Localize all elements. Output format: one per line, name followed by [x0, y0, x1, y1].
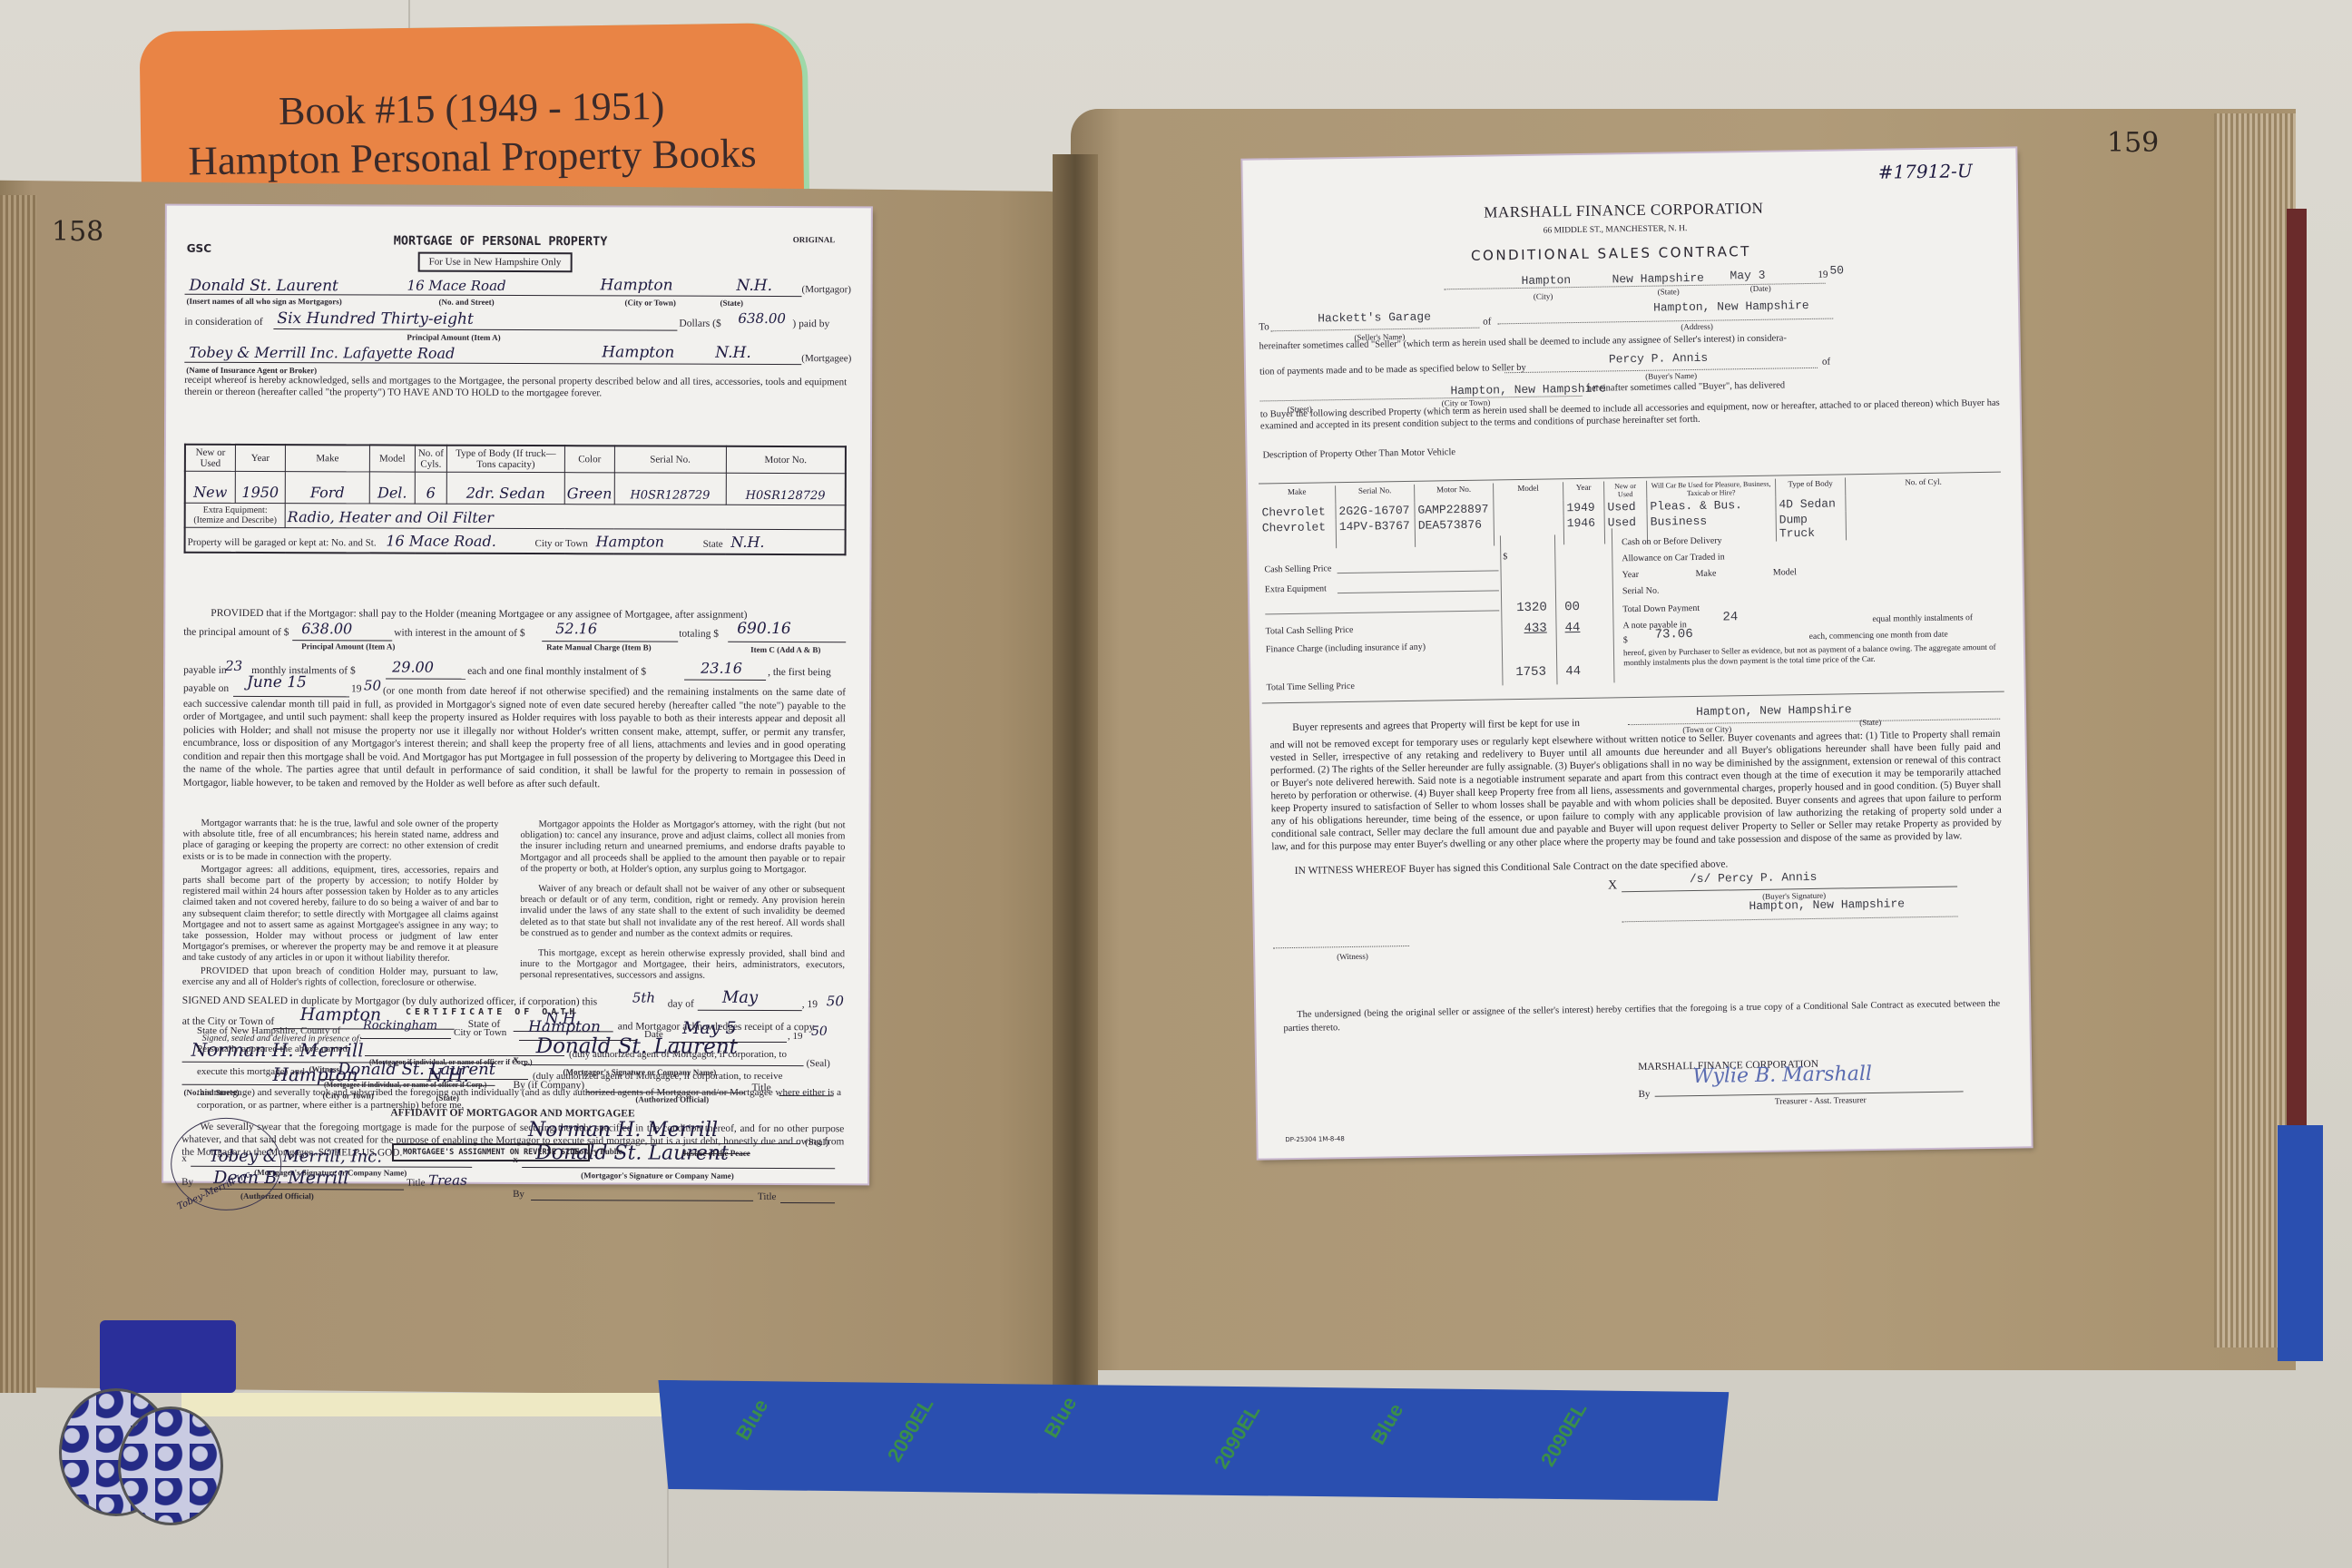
header-motor: Motor No. — [726, 446, 846, 474]
agent-mortgagor-text: (duly authorized agent of Mortgagor, if … — [569, 1049, 787, 1060]
description-label: Description of Property Other Than Motor… — [1262, 447, 1462, 461]
consideration-amount: 638.00 — [738, 310, 786, 327]
total-time-dollars: 1753 — [1515, 665, 1546, 681]
payable-in-label: payable in — [183, 665, 227, 676]
garaged-row: Property will be garaged or kept at: No.… — [185, 527, 846, 554]
amount-words: Six Hundred Thirty-eight — [277, 309, 473, 328]
mortgagee-line — [184, 362, 801, 365]
to-label: To — [1259, 321, 1269, 332]
pricing-block: Cash Selling Price Extra Equipment $ 132… — [1259, 534, 1607, 694]
kept-line — [1628, 719, 2000, 725]
interest-label: with interest in the amount of $ — [394, 628, 524, 640]
buyer-address-line — [1260, 396, 1583, 402]
witness-line — [1273, 946, 1409, 948]
note-suffix: equal monthly instalments of — [1872, 613, 1973, 624]
page-stack-left — [0, 195, 36, 1393]
instalments-count: 23 — [225, 658, 242, 674]
breach-clause: PROVIDED that upon breach of condition H… — [182, 965, 498, 989]
header-cyls: No. of Cyls. — [415, 446, 446, 473]
oath-year: 50 — [811, 1024, 828, 1039]
extra-equipment-row: Extra Equipment: (Itemize and Describe) … — [185, 503, 846, 530]
mortgagor-role-label: (Mortgagor) — [802, 284, 851, 295]
contract-year-prefix: 19 — [1818, 269, 1828, 280]
caption-buyer-name: (Buyer's Name) — [1645, 371, 1697, 381]
monthly-line — [386, 678, 465, 679]
caption-witness: (Witness) — [1337, 952, 1368, 962]
agreement-clause: Mortgagor agrees: all additions, equipme… — [182, 865, 498, 965]
binder-clip — [100, 1320, 236, 1393]
company-address: 66 MIDDLE ST., MANCHESTER, N. H. — [1543, 224, 1688, 235]
mortgagor-street: 16 Mace Road — [407, 278, 506, 294]
monthly-amount: 29.00 — [392, 659, 434, 676]
cash-price-label: Cash Selling Price — [1264, 563, 1331, 574]
mortgagor-state: N.H. — [737, 277, 772, 295]
buyer-sig-x: X — [1608, 878, 1617, 893]
notary-signature: Norman H. Merrill — [528, 1119, 718, 1142]
receipt-text: receipt whereof is hereby acknowledged, … — [184, 375, 847, 401]
contract-title: CONDITIONAL SALES CONTRACT — [1471, 243, 1751, 264]
contract-year: 50 — [1829, 263, 1844, 277]
caption-item-a: Principal Amount (Item A) — [301, 642, 395, 651]
seller-name: Hackett's Garage — [1318, 310, 1431, 326]
of-label: of — [1483, 316, 1491, 327]
oath-city-line — [519, 1040, 637, 1041]
appeared-name: Donald St. Laurent — [338, 1060, 495, 1079]
reverse-side-box: MORTGAGEE'S ASSIGNMENT ON REVERSE SIDE — [392, 1143, 590, 1161]
cell-new-used: New — [185, 471, 236, 503]
caption-item-b: Rate Manual Charge (Item B) — [546, 642, 652, 652]
contract-form-code: DP-25304 1M-8-48 — [1285, 1135, 1345, 1143]
mortgagor-name: Donald St. Laurent — [190, 277, 338, 296]
divider-subtitle: Hampton Personal Property Books — [141, 130, 804, 186]
agent-mortgagee-text: (duly authorized agent of Mortgagee, if … — [533, 1071, 783, 1082]
trade-serial-label: Serial No. — [1622, 586, 1660, 597]
kept-text: Buyer represents and agrees that Propert… — [1292, 718, 1580, 733]
buyer-name: Percy P. Annis — [1609, 351, 1708, 367]
note-amount: 73.06 — [1655, 627, 1693, 642]
subtotal-dollars: 1320 — [1516, 601, 1547, 616]
blue-tape-edge — [2278, 1125, 2323, 1361]
property-text: to Buyer the following described Propert… — [1260, 398, 2000, 433]
attorney-clause: Mortgagor appoints the Holder as Mortgag… — [520, 819, 845, 876]
vehicle-table: New or Used Year Make Model No. of Cyls.… — [184, 444, 847, 556]
buyer-sig-place: Hampton, New Hampshire — [1749, 897, 1905, 913]
warranty-clause: Mortgagor warrants that: he is the true,… — [182, 818, 498, 864]
place-city: Hampton — [1521, 273, 1571, 288]
header-use: Will Car Be Used for Pleasure, Business,… — [1647, 479, 1776, 499]
waiver-clause: Waiver of any breach or default shall no… — [520, 884, 845, 940]
caption-place-state: (State) — [1658, 287, 1680, 296]
row1-motor: GAMP228897 — [1415, 501, 1494, 517]
clip-ornament-disc — [118, 1406, 223, 1525]
header-make: Make — [285, 445, 369, 472]
trade-year-label: Year — [1622, 570, 1640, 580]
mortgagor-city: Hampton — [601, 276, 673, 294]
affidavit-mortgagor-title-line — [780, 1202, 835, 1203]
vehicle-table-header: New or Used Year Make Model No. of Cyls.… — [185, 445, 846, 474]
certificate-of-oath: CERTIFICATE OF OATH State of New Hampshi… — [165, 998, 869, 1184]
fine-print-left: Mortgagor warrants that: he is the true,… — [182, 818, 499, 989]
book-spine — [1053, 154, 1098, 1388]
cell-model: Del. — [369, 472, 415, 504]
header-serial: Serial No. — [1336, 485, 1415, 504]
vehicle-row: New 1950 Ford Del. 6 2dr. Sedan Green H0… — [185, 471, 846, 505]
total-down-label: Total Down Payment — [1622, 603, 1700, 614]
row1-year: 1949 — [1563, 500, 1604, 516]
note-text: hereof, given by Purchaser to Seller as … — [1623, 642, 2004, 668]
row1-new-used: Used — [1604, 499, 1647, 515]
blue-painters-tape: Blue 2090EL Blue 2090EL Blue 2090EL — [658, 1380, 1730, 1501]
copy-label: ORIGINAL — [793, 235, 836, 244]
header-make: Make — [1259, 485, 1336, 505]
form-code: GSC — [187, 242, 211, 255]
conditional-sales-contract: #17912-U MARSHALL FINANCE CORPORATION 66… — [1242, 148, 2031, 1158]
header-year: Year — [235, 445, 285, 472]
mortgagee-role-label: (Mortgagee) — [801, 353, 851, 364]
row1-model — [1494, 500, 1563, 516]
down-payment-block: Cash on or Before Delivery Allowance on … — [1612, 522, 2014, 682]
page-number-right: 159 — [2107, 127, 2159, 159]
terms-body: (or one month from date hereof if not ot… — [183, 684, 846, 792]
header-motor: Motor No. — [1415, 483, 1494, 502]
total-time-cents: 44 — [1565, 664, 1581, 679]
cell-make: Ford — [285, 472, 369, 504]
oath-city-label: City or Town — [454, 1027, 506, 1038]
header-serial: Serial No. — [614, 446, 726, 473]
appeared-name-line — [319, 1079, 528, 1080]
finance-dollars: 433 — [1524, 622, 1546, 636]
buyer-place-line — [1622, 916, 1958, 922]
header-year: Year — [1563, 482, 1604, 501]
currency-symbol: $ — [1503, 552, 1507, 562]
header-model: Model — [369, 445, 415, 472]
caption-state: (State) — [720, 299, 743, 308]
garaged-label: Property will be garaged or kept at: No.… — [188, 536, 377, 548]
witness-whereof: IN WITNESS WHEREOF Buyer has signed this… — [1295, 858, 1729, 877]
garaged-state-label: State — [703, 538, 723, 549]
caption-kept-state: (State) — [1859, 718, 1881, 727]
certify-sig-line — [1655, 1091, 1964, 1096]
appeared-line — [365, 1055, 564, 1056]
appeared-label: Personally appeared the above named — [197, 1044, 348, 1054]
cell-color: Green — [564, 473, 614, 505]
mortgagee-street: Lafayette Road — [343, 344, 455, 361]
notary-seal-label: (Seal) — [805, 1137, 828, 1148]
first-being-label: , the first being — [768, 667, 831, 678]
total-amount: 690.16 — [737, 620, 791, 638]
total-time-label: Total Time Selling Price — [1266, 681, 1355, 693]
final-line — [684, 680, 766, 681]
garaged-street: 16 Mace Road. — [386, 532, 496, 549]
garaged-state: N.H. — [730, 533, 764, 550]
seller-line — [1270, 328, 1479, 332]
oath-date-line — [669, 1042, 787, 1043]
note-count: 24 — [1722, 610, 1738, 624]
caption-city: (City or Town) — [624, 298, 675, 307]
justice-label: Justice of the Peace — [682, 1149, 750, 1158]
note-amount-suffix: each, commencing one month from date — [1809, 631, 1948, 642]
seller-text: hereinafter sometimes called "Seller" (w… — [1259, 333, 1787, 351]
header-body: Type of Body — [1775, 477, 1845, 496]
extra-equipment-label: Extra Equipment: (Itemize and Describe) — [185, 503, 286, 527]
mortgagee-city: Hampton — [602, 343, 674, 361]
dollars-label: Dollars ($ — [679, 318, 720, 329]
binding-clause: This mortgage, except as herein otherwis… — [520, 948, 845, 983]
divider-title: Book #15 (1949 - 1951) — [140, 82, 803, 137]
caption-mortgagor-name: (Insert names of all who sign as Mortgag… — [186, 297, 341, 307]
finance-charge-label: Finance Charge (including insurance if a… — [1266, 642, 1426, 655]
caption-date: (Date) — [1750, 284, 1771, 293]
certificate-title: CERTIFICATE OF OATH — [406, 1007, 578, 1017]
oath-year-prefix: , 19 — [788, 1031, 803, 1042]
terms-text: and will not be removed except for tempo… — [1269, 728, 2002, 854]
total-cash-label: Total Cash Selling Price — [1265, 625, 1353, 637]
seller-address-line — [1497, 318, 1833, 325]
county-label: State of New Hampshire, County of — [197, 1025, 340, 1036]
county-line — [360, 1038, 451, 1039]
garaged-city-label: City or Town — [535, 538, 588, 549]
oath-city: Hampton — [528, 1018, 601, 1036]
contract-date: May 3 — [1730, 269, 1765, 283]
consideration-line — [273, 328, 677, 331]
execute-label: execute this mortgage) and — [197, 1066, 305, 1077]
header-cyl: No. of Cyl. — [1845, 475, 2001, 496]
oath-closing-text: this mortgage) and severally took and su… — [197, 1087, 841, 1112]
cash-before-delivery-label: Cash on or Before Delivery — [1622, 536, 1722, 548]
trade-model-label: Model — [1773, 567, 1797, 577]
header-model: Model — [1494, 482, 1563, 501]
final-amount: 23.16 — [701, 660, 742, 677]
certify-text: The undersigned (being the original sell… — [1283, 997, 2000, 1035]
extra-equipment-value: Radio, Heater and Oil Filter — [285, 504, 846, 530]
oath-date: May 5 — [682, 1018, 737, 1038]
seller-address: Hampton, New Hampshire — [1653, 299, 1809, 315]
county-value: Rockingham — [363, 1019, 437, 1033]
row1-body: 4D Sedan — [1776, 495, 1846, 512]
interest-amount: 52.16 — [555, 620, 597, 637]
subtotal-cents: 00 — [1564, 600, 1580, 614]
kept-place: Hampton, New Hampshire — [1696, 702, 1852, 719]
caption-place-city: (City) — [1534, 291, 1553, 300]
principal-label: the principal amount of $ — [183, 627, 289, 638]
trade-make-label: Make — [1695, 569, 1716, 579]
consideration-label: in consideration of — [184, 317, 262, 328]
row1-serial: 2G2G-16707 — [1336, 503, 1415, 519]
cell-year: 1950 — [235, 471, 285, 503]
certify-signature: Wylie B. Marshall — [1692, 1063, 1872, 1088]
caption-item-c: Item C (Add A & B) — [750, 645, 820, 654]
fine-print-right: Mortgagor appoints the Holder as Mortgag… — [520, 819, 846, 983]
total-label: totaling $ — [679, 629, 719, 640]
mortgagee-state: N.H. — [715, 344, 750, 362]
total-line — [728, 642, 846, 642]
place-state: New Hampshire — [1612, 271, 1704, 287]
header-body-type: Type of Body (If truck—Tons capacity) — [446, 446, 564, 473]
cell-serial: H0SR128729 — [614, 473, 726, 505]
page-number-left: 158 — [52, 216, 103, 248]
caption-street: (No. and Street) — [438, 298, 494, 307]
form-title: MORTGAGE OF PERSONAL PROPERTY — [394, 234, 608, 250]
header-new-used: New or Used — [185, 445, 236, 472]
certify-title: Treasurer - Asst. Treasurer — [1775, 1096, 1867, 1107]
caption-seller-address: (Address) — [1681, 322, 1713, 332]
header-new-used: New or Used — [1604, 481, 1647, 500]
cell-cyls: 6 — [415, 472, 446, 504]
row1-make: Chevrolet — [1259, 504, 1336, 520]
company-name: MARSHALL FINANCE CORPORATION — [1484, 200, 1763, 222]
nh-only-box: For Use in New Hampshire Only — [418, 252, 573, 273]
finance-cents: 44 — [1564, 621, 1580, 635]
header-color: Color — [564, 446, 614, 473]
caption-mortgagee-name: (Name of Insurance Agent or Broker) — [186, 366, 317, 376]
oath-date-label: Date — [644, 1029, 663, 1040]
reference-number: #17912-U — [1878, 160, 1973, 183]
final-label: each and one final monthly instalment of… — [467, 666, 646, 678]
extra-equipment-label: Extra Equipment — [1265, 583, 1327, 594]
buyer-text: , hereinafter sometimes called "Buyer", … — [1582, 380, 1785, 394]
table-bottom-rule — [1262, 691, 2004, 704]
paid-by-label: ) paid by — [792, 318, 829, 329]
caption-principal: Principal Amount (Item A) — [407, 333, 500, 342]
payments-text: tion of payments made and to be made as … — [1259, 363, 1526, 377]
cell-body-type: 2dr. Sedan — [446, 472, 564, 504]
buyer-signature: /s/ Percy P. Annis — [1690, 870, 1818, 886]
provided-intro: PROVIDED that if the Mortgagor: shall pa… — [211, 608, 747, 621]
principal-amount: 638.00 — [301, 620, 352, 637]
garaged-city: Hampton — [596, 533, 664, 550]
allowance-label: Allowance on Car Traded in — [1622, 552, 1724, 563]
cell-motor: H0SR128729 — [726, 473, 846, 505]
mortgagee-name: Tobey & Merrill Inc. — [189, 344, 338, 362]
certify-by-label: By — [1639, 1089, 1651, 1100]
